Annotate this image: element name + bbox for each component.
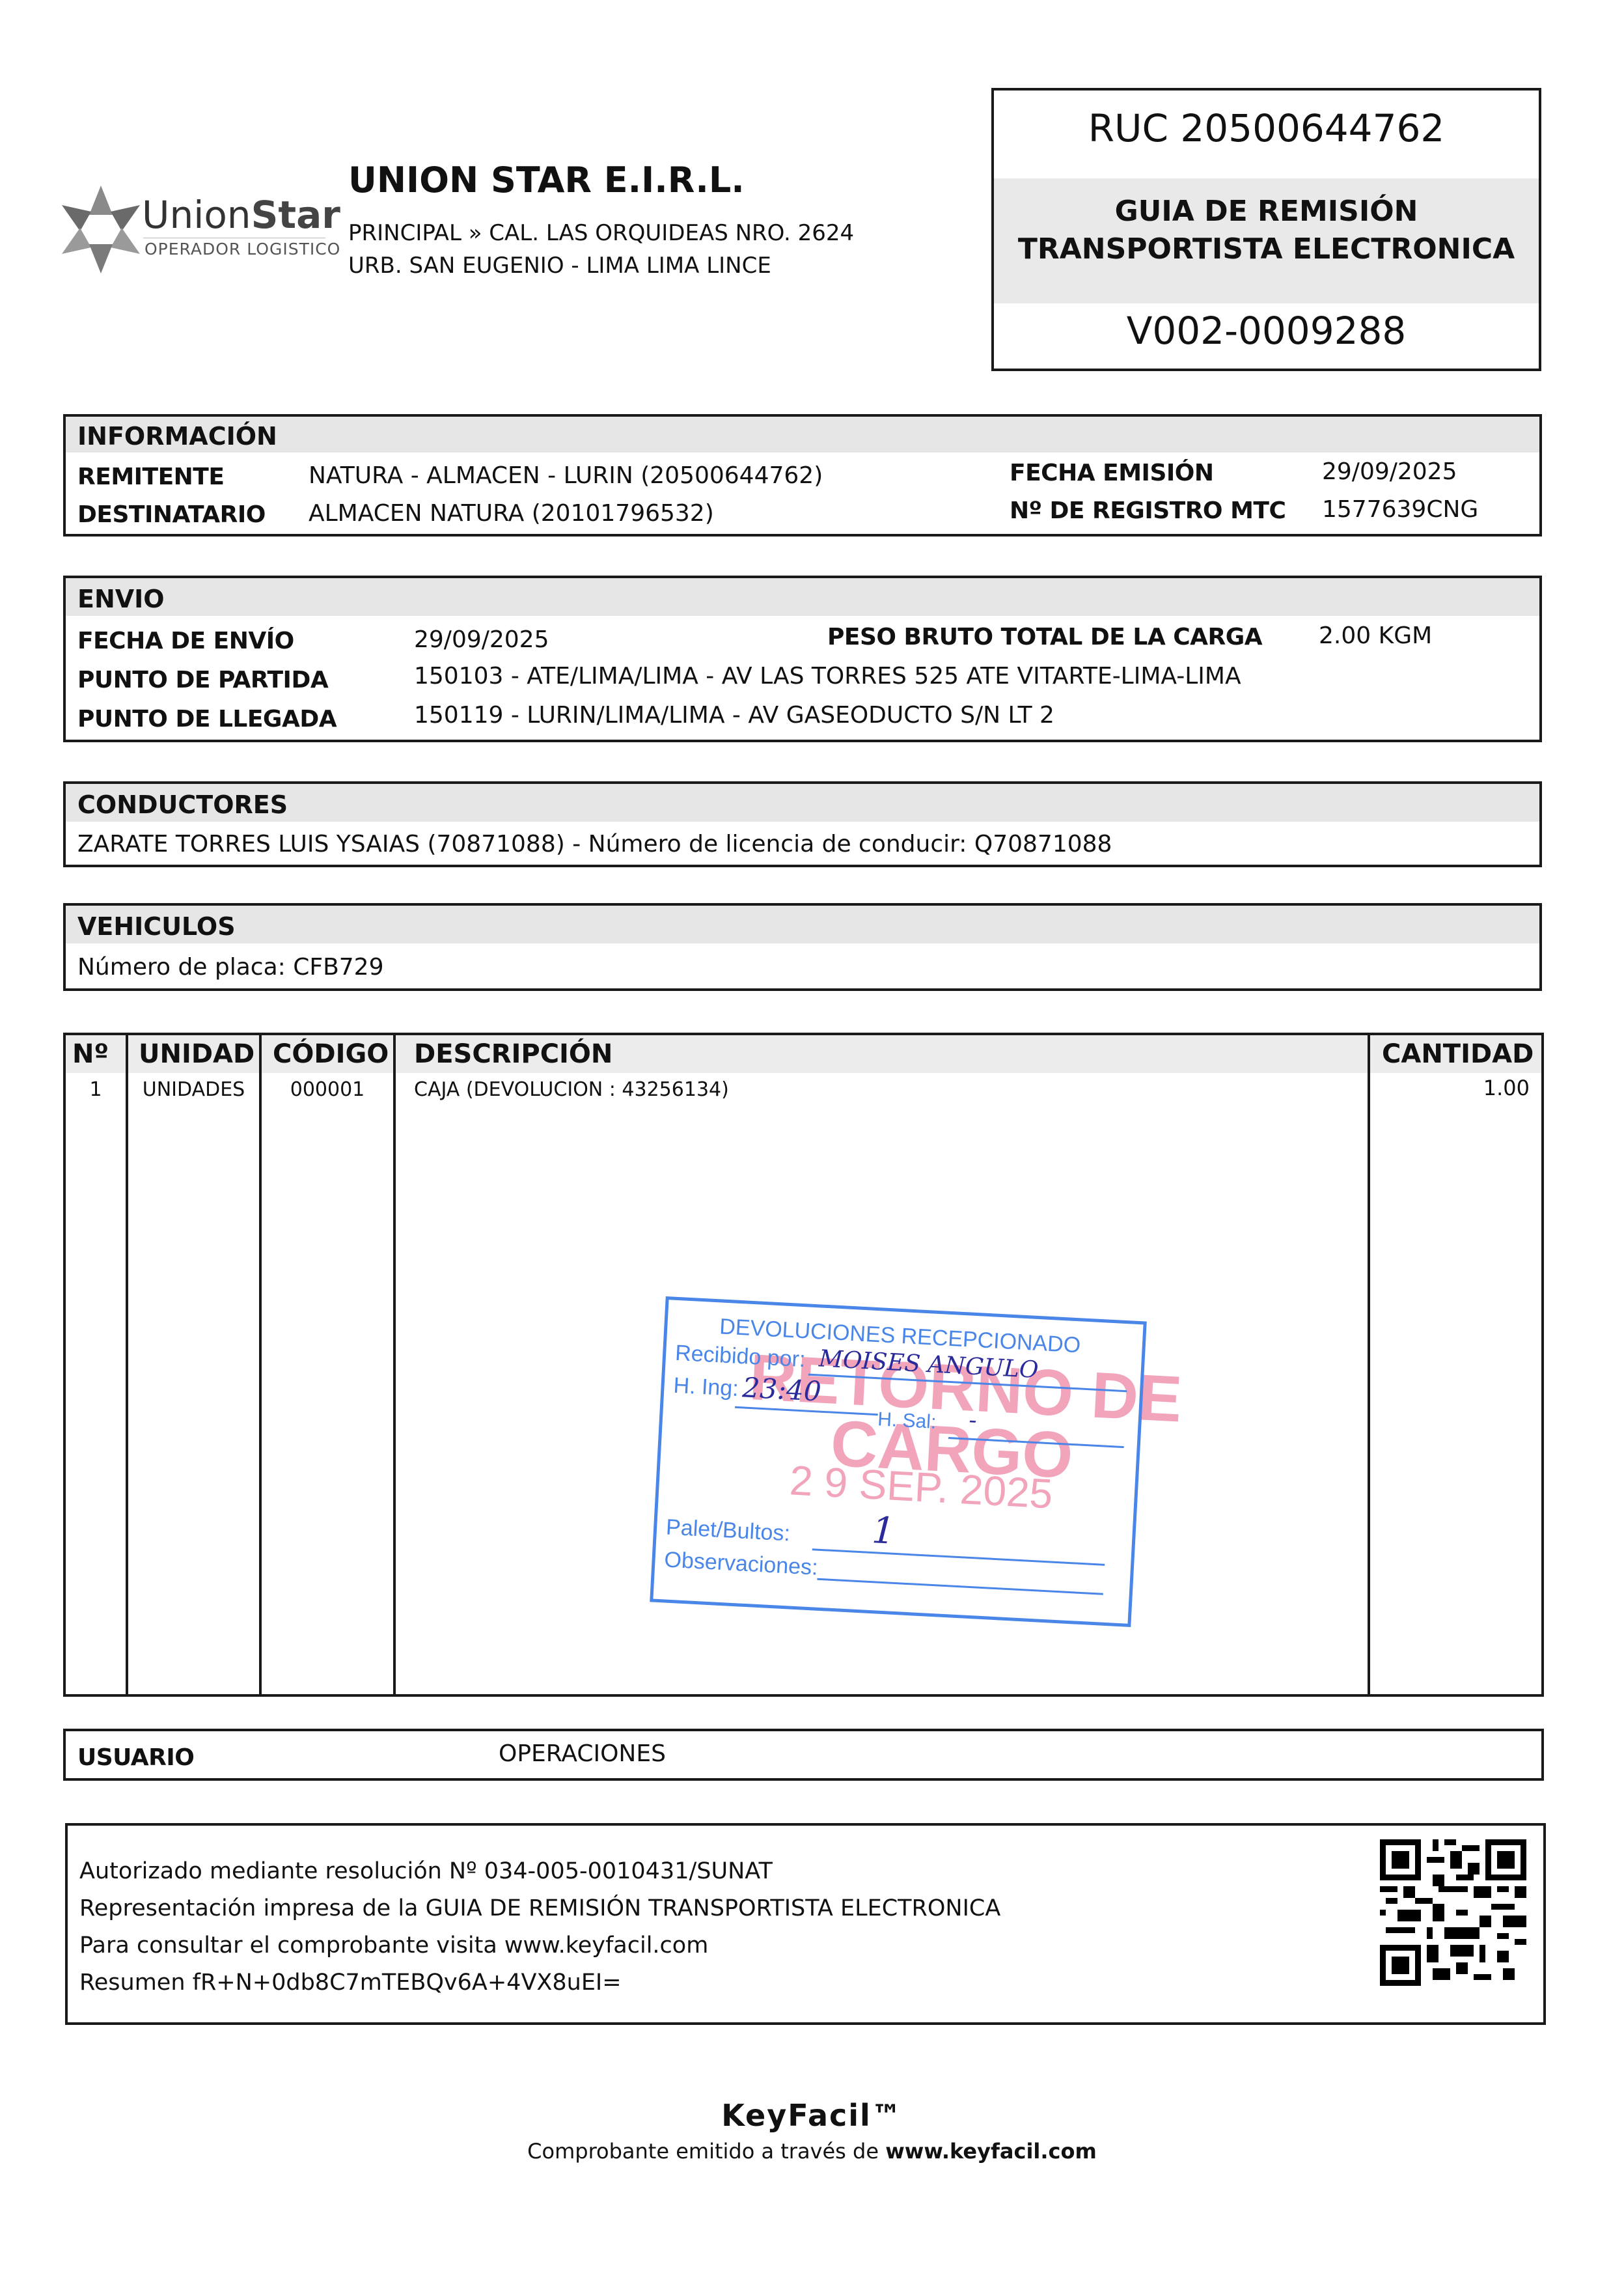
company-name: UNION STAR E.I.R.L.: [348, 160, 745, 201]
union-star-logo-icon: [62, 186, 140, 273]
informacion-title: INFORMACIÓN: [77, 422, 277, 451]
envio-title: ENVIO: [77, 585, 165, 613]
informacion-section: INFORMACIÓN REMITENTE NATURA - ALMACEN -…: [63, 414, 1542, 537]
vehiculos-section: VEHICULOS Número de placa: CFB729: [63, 903, 1542, 991]
stamp-bultos-value: 1: [871, 1509, 896, 1553]
fecha-emision-value: 29/09/2025: [1322, 458, 1457, 485]
company-address-line1: PRINCIPAL » CAL. LAS ORQUIDEAS NRO. 2624: [348, 220, 854, 246]
authorization-text: Autorizado mediante resolución Nº 034-00…: [79, 1858, 773, 1884]
logo-brand-star: Star: [251, 193, 340, 237]
hash-summary: Resumen fR+N+0db8C7mTEBQv6A+4VX8uEI=: [79, 1970, 622, 1996]
registro-mtc-value: 1577639CNG: [1322, 496, 1478, 523]
ruc-number: RUC 20500644762: [994, 106, 1539, 150]
usuario-label: USUARIO: [77, 1744, 194, 1771]
driver-info: ZARATE TORRES LUIS YSAIAS (70871088) - N…: [77, 831, 1112, 857]
row-unidad: UNIDADES: [128, 1078, 259, 1101]
usuario-section: USUARIO OPERACIONES: [63, 1729, 1544, 1781]
representation-text: Representación impresa de la GUIA DE REM…: [79, 1895, 1000, 1921]
fecha-emision-label: FECHA EMISIÓN: [1010, 460, 1214, 486]
document-id-box: RUC 20500644762 GUIA DE REMISIÓN TRANSPO…: [991, 88, 1541, 371]
row-codigo: 000001: [262, 1078, 393, 1101]
col-header-number: Nº: [72, 1035, 124, 1073]
stamp-bultos-label: Palet/Bultos:: [665, 1514, 791, 1546]
col-header-codigo: CÓDIGO: [273, 1035, 389, 1073]
peso-bruto-label: PESO BRUTO TOTAL DE LA CARGA: [827, 624, 1262, 650]
stamp-h-ing-value: 23:40: [741, 1371, 821, 1407]
destinatario-value: ALMACEN NATURA (20101796532): [309, 500, 714, 527]
logo-tagline: OPERADOR LOGISTICO: [145, 240, 340, 258]
row-descripcion: CAJA (DEVOLUCION : 43256134): [414, 1078, 729, 1101]
consult-text: Para consultar el comprobante visita www…: [79, 1932, 708, 1958]
emitted-prefix: Comprobante emitido a través de: [527, 2139, 885, 2164]
envio-section: ENVIO FECHA DE ENVÍO 29/09/2025 PESO BRU…: [63, 576, 1542, 742]
remitente-label: REMITENTE: [77, 464, 224, 490]
logo-wordmark: UnionStar: [142, 193, 340, 237]
col-header-cantidad: CANTIDAD: [1382, 1035, 1534, 1073]
legal-footer-box: Autorizado mediante resolución Nº 034-00…: [65, 1823, 1546, 2025]
fecha-envio-label: FECHA DE ENVÍO: [77, 628, 294, 654]
punto-partida-label: PUNTO DE PARTIDA: [77, 667, 328, 693]
fecha-envio-value: 29/09/2025: [414, 626, 549, 653]
stamp-h-sal-value: -: [968, 1407, 977, 1434]
keyfacil-link[interactable]: www.keyfacil.com: [885, 2139, 1097, 2164]
vehiculos-title: VEHICULOS: [77, 912, 236, 941]
stamp-h-ing-label: H. Ing:: [673, 1373, 739, 1402]
logo-brand-union: Union: [142, 193, 251, 237]
destinatario-label: DESTINATARIO: [77, 501, 266, 528]
document-series-number: V002-0009288: [994, 309, 1539, 353]
conductores-title: CONDUCTORES: [77, 790, 288, 819]
col-header-descripcion: DESCRIPCIÓN: [414, 1035, 612, 1073]
company-address-line2: URB. SAN EUGENIO - LIMA LIMA LINCE: [348, 253, 771, 279]
punto-llegada-value: 150119 - LURIN/LIMA/LIMA - AV GASEODUCTO…: [414, 702, 1054, 729]
usuario-value: OPERACIONES: [499, 1740, 666, 1767]
registro-mtc-label: Nº DE REGISTRO MTC: [1010, 497, 1286, 524]
remitente-value: NATURA - ALMACEN - LURIN (20500644762): [309, 462, 823, 489]
qr-code-icon: [1380, 1839, 1526, 1986]
emitted-through-text: Comprobante emitido a través de www.keyf…: [0, 2139, 1624, 2164]
reception-stamp: RETORNO DE CARGO 2 9 SEP. 2025 DEVOLUCIO…: [650, 1296, 1147, 1627]
punto-llegada-label: PUNTO DE LLEGADA: [77, 706, 337, 732]
vehicle-plate: Número de placa: CFB729: [77, 954, 383, 981]
document-type-line1: GUIA DE REMISIÓN: [994, 195, 1539, 228]
col-header-unidad: UNIDAD: [139, 1035, 255, 1073]
document-type-line2: TRANSPORTISTA ELECTRONICA: [994, 232, 1539, 266]
punto-partida-value: 150103 - ATE/LIMA/LIMA - AV LAS TORRES 5…: [414, 663, 1241, 690]
row-number: 1: [66, 1078, 126, 1101]
conductores-section: CONDUCTORES ZARATE TORRES LUIS YSAIAS (7…: [63, 781, 1542, 867]
stamp-h-sal-label: H. Sal:: [877, 1408, 937, 1434]
row-cantidad: 1.00: [1483, 1076, 1530, 1100]
keyfacil-brand: KeyFacil™: [0, 2098, 1624, 2133]
stamp-observaciones-label: Observaciones:: [664, 1547, 819, 1580]
peso-bruto-value: 2.00 KGM: [1319, 622, 1432, 649]
